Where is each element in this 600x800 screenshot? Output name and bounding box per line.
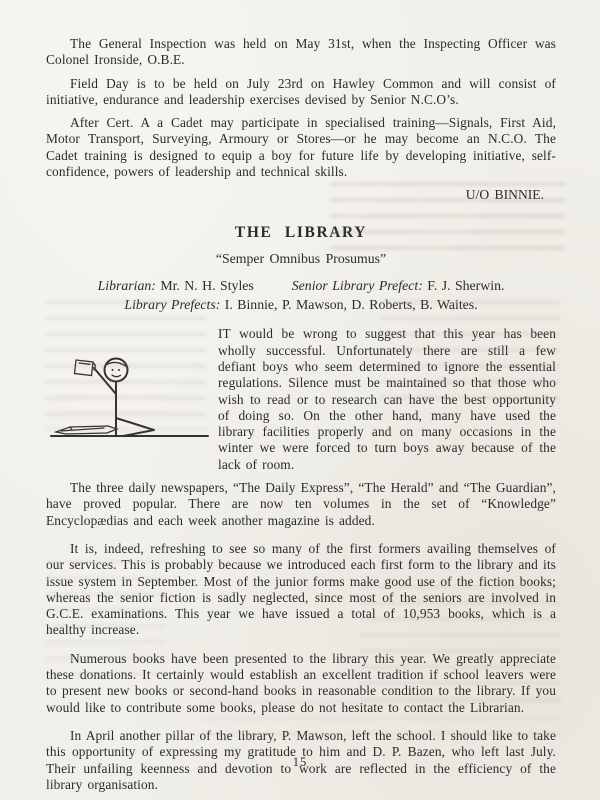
smile bbox=[112, 375, 121, 377]
librarian-credit: Librarian: Mr. N. H. Styles bbox=[98, 278, 254, 293]
page-number: 15 bbox=[0, 755, 600, 770]
book-on-ground bbox=[56, 426, 117, 434]
paragraph-donations: Numerous books have been presented to th… bbox=[46, 651, 556, 716]
left-eye bbox=[112, 369, 114, 371]
right-eye bbox=[118, 369, 120, 371]
prefects-names: I. Binnie, P. Mawson, D. Roberts, B. Wai… bbox=[225, 297, 478, 312]
section-title: THE LIBRARY bbox=[46, 224, 556, 242]
paragraph-general-inspection: The General Inspection was held on May 3… bbox=[46, 36, 556, 69]
librarian-label: Librarian: bbox=[98, 278, 156, 293]
senior-prefect-credit: Senior Library Prefect: F. J. Sherwin. bbox=[292, 278, 505, 293]
stick-figure-drawing-svg bbox=[46, 338, 216, 456]
held-book bbox=[75, 360, 96, 376]
library-section: THE LIBRARY “Semper Omnibus Prosumus” Li… bbox=[46, 224, 556, 793]
kneeling-leg bbox=[116, 418, 154, 436]
stick-figure-illustration bbox=[46, 326, 216, 472]
library-body: IT would be wrong to suggest that this y… bbox=[46, 326, 556, 793]
hair-line bbox=[106, 363, 127, 368]
prefects-label: Library Prefects: bbox=[124, 297, 220, 312]
library-officers-line2: Library Prefects: I. Binnie, P. Mawson, … bbox=[46, 297, 556, 313]
senior-prefect-label: Senior Library Prefect: bbox=[292, 278, 423, 293]
paragraph-first-formers: It is, indeed, refreshing to see so many… bbox=[46, 541, 556, 639]
cadet-notes-section: The General Inspection was held on May 3… bbox=[46, 36, 556, 203]
author-signature: U/O BINNIE. bbox=[46, 187, 544, 203]
librarian-name: Mr. N. H. Styles bbox=[160, 278, 253, 293]
paragraph-newspapers: The three daily newspapers, “The Daily E… bbox=[46, 480, 556, 529]
library-officers-line1: Librarian: Mr. N. H. StylesSenior Librar… bbox=[46, 278, 556, 294]
scanned-magazine-page: The General Inspection was held on May 3… bbox=[0, 0, 600, 800]
senior-prefect-name: F. J. Sherwin. bbox=[427, 278, 504, 293]
section-motto: “Semper Omnibus Prosumus” bbox=[46, 251, 556, 267]
paragraph-field-day: Field Day is to be held on July 23rd on … bbox=[46, 76, 556, 109]
paragraph-cadet-training: After Cert. A a Cadet may participate in… bbox=[46, 115, 556, 180]
stick-figure bbox=[75, 359, 155, 437]
